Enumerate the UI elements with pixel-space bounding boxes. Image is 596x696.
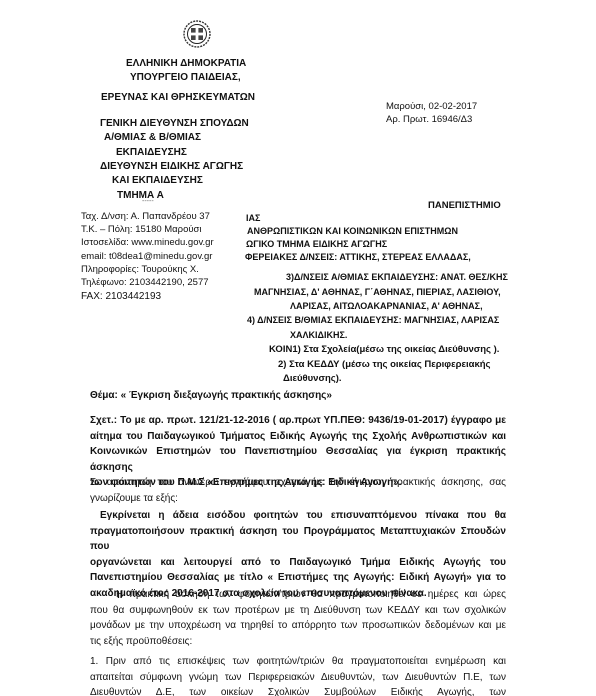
contact-address: Ταχ. Δ/νση: Α. Παπανδρέου 37: [81, 210, 210, 223]
document-date: Μαρούσι, 02-02-2017: [386, 100, 477, 113]
recipient-line: ΛΑΡΙΣΑΣ, ΑΙΤΩΛΟΑΚΑΡΝΑΝΙΑΣ, Α' ΑΘΗΝΑΣ,: [290, 299, 483, 314]
header-ministry-2: ΕΡΕΥΝΑΣ ΚΑΙ ΘΡΗΣΚΕΥΜΑΤΩΝ: [101, 90, 255, 105]
contact-phone: Τηλέφωνο: 2103442190, 2577: [81, 276, 209, 289]
condition-line: Διευθυντών Δ.Ε, των οικείων Σχολικών Συμ…: [90, 685, 506, 696]
reply-intro: Σε απάντηση του ανωτέρω εγγράφου σχετικά…: [90, 475, 506, 506]
reference-line: Κοινωνικών Επιστημών του Πανεπιστημίου Θ…: [90, 444, 506, 475]
reply-line: γνωρίζουμε τα εξής:: [90, 491, 506, 507]
practice-line: μονάδων με την υποχρέωση να τηρηθεί το α…: [90, 618, 506, 634]
dept-line-5: ΚΑΙ ΕΚΠΑΙΔΕΥΣΗΣ: [112, 173, 203, 188]
condition-line: 1. Πριν από τις επισκέψεις των φοιτητών/…: [90, 654, 506, 670]
recipient-line: 4) Δ/ΝΣΕΙΣ Β/ΘΜΙΑΣ ΕΚΠΑΙΔΕΥΣΗΣ: ΜΑΓΝΗΣΙΑ…: [247, 313, 499, 328]
approval-line: Εγκρίνεται η άδεια εισόδου φοιτητών του …: [90, 508, 506, 524]
header-country: ΕΛΛΗΝΙΚΗ ΔΗΜΟΚΡΑΤΙΑ: [126, 56, 246, 71]
dept-line-6: ΤΜΗΜΑ Α: [117, 188, 164, 203]
reference-line: αίτημα του Παιδαγωγικού Τμήματος Ειδικής…: [90, 429, 506, 445]
recipient-line: ΜΑΓΝΗΣΙΑΣ, Δ' ΑΘΗΝΑΣ, Γ΄ΑΘΗΝΑΣ, ΠΙΕΡΙΑΣ,…: [254, 285, 501, 300]
recipient-line: 3)Δ/ΝΣΕΙΣ Α/ΘΜΙΑΣ ΕΚΠΑΙΔΕΥΣΗΣ: ΑΝΑΤ. ΘΕΣ…: [286, 270, 508, 285]
practice-line: Η πρακτική άσκηση των φοιτητών/τριών θα …: [90, 587, 506, 603]
recipient-line: ΧΑΛΚΙΔΙΚΗΣ.: [290, 328, 347, 343]
recipient-line: ΦΕΡΕΙΑΚΕΣ Δ/ΝΣΕΙΣ: ΑΤΤΙΚΗΣ, ΣΤΕΡΕΑΣ ΕΛΛΑ…: [245, 250, 471, 265]
practice-line: που θα συμφωνηθούν εκ των προτέρων με τη…: [90, 603, 506, 619]
contact-info: Πληροφορίες: Τουρούκης Χ.: [81, 263, 199, 276]
reply-line: Σε απάντηση του ανωτέρω εγγράφου σχετικά…: [90, 475, 506, 491]
dept-line-1: ΓΕΝΙΚΗ ΔΙΕΥΘΥΝΣΗ ΣΠΟΥΔΩΝ: [100, 116, 249, 131]
subject-line: Θέμα: « Έγκριση διεξαγωγής πρακτικής άσκ…: [90, 388, 332, 403]
header-divider: -----: [142, 198, 154, 205]
cc-line: ΚΟΙΝ1) Στα Σχολεία(μέσω της οικείας Διεύ…: [269, 342, 499, 357]
approval-line: πραγματοποιήσουν πρακτική άσκηση του Προ…: [90, 524, 506, 555]
greek-coat-of-arms-icon: [183, 20, 211, 48]
cc-line: Διεύθυνσης).: [283, 371, 342, 386]
header-ministry: ΥΠΟΥΡΓΕΙΟ ΠΑΙΔΕΙΑΣ,: [130, 70, 241, 85]
recipient-university: ΠΑΝΕΠΙΣΤΗΜΙΟ: [428, 198, 501, 213]
approval-line: Πανεπιστημίου Θεσσαλίας με τίτλο « Επιστ…: [90, 570, 506, 586]
contact-email: email: t08dea1@minedu.gov.gr: [81, 250, 212, 263]
condition-line: απαιτείται σύμφωνη γνώμη των Περιφερειακ…: [90, 670, 506, 686]
cc-line: 2) Στα ΚΕΔΔΥ (μέσω της οικείας Περιφερει…: [278, 357, 491, 372]
contact-website: Ιστοσελίδα: www.minedu.gov.gr: [81, 236, 214, 249]
reference-line: Σχετ.: Το με αρ. πρωτ. 121/21-12-2016 ( …: [90, 413, 506, 429]
dept-line-4: ΔΙΕΥΘΥΝΣΗ ΕΙΔΙΚΗΣ ΑΓΩΓΗΣ: [100, 159, 243, 174]
dept-line-3: ΕΚΠΑΙΔΕΥΣΗΣ: [116, 145, 187, 160]
practice-line: τις εξής προϋποθέσεις:: [90, 634, 506, 650]
condition-1-paragraph: 1. Πριν από τις επισκέψεις των φοιτητών/…: [90, 654, 506, 696]
protocol-number: Αρ. Πρωτ. 16946/Δ3: [386, 113, 472, 126]
practice-paragraph: Η πρακτική άσκηση των φοιτητών/τριών θα …: [90, 587, 506, 649]
contact-fax: FAX: 2103442193: [81, 290, 161, 303]
contact-city: Τ.Κ. – Πόλη: 15180 Μαρούσι: [81, 223, 202, 236]
approval-line: οργανώνεται και λειτουργεί από το Παιδαγ…: [90, 555, 506, 571]
dept-line-2: Α/ΘΜΙΑΣ & Β/ΘΜΙΑΣ: [104, 130, 201, 145]
